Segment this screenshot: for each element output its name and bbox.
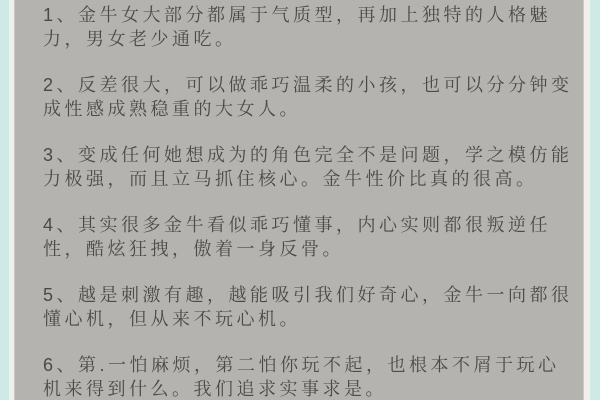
list-item-6: 6、第.一怕麻烦，第二怕你玩不起，也根本不屑于玩心机来得到什么。我们追求实事求是… <box>43 353 577 400</box>
left-mint-border <box>0 0 9 400</box>
right-mint-border <box>590 0 600 400</box>
text-panel: 1、金牛女大部分都属于气质型，再加上独特的人格魅力，男女老少通吃。 2、反差很大… <box>15 0 583 400</box>
list-item-2: 2、反差很大，可以做乖巧温柔的小孩，也可以分分钟变成性感成熟稳重的大女人。 <box>43 73 577 121</box>
list-item-5: 5、越是刺激有趣，越能吸引我们好奇心，金牛一向都很懂心机，但从来不玩心机。 <box>43 283 577 331</box>
list-item-1: 1、金牛女大部分都属于气质型，再加上独特的人格魅力，男女老少通吃。 <box>43 3 577 51</box>
text-card: 1、金牛女大部分都属于气质型，再加上独特的人格魅力，男女老少通吃。 2、反差很大… <box>0 0 600 400</box>
right-inner-border <box>583 0 590 400</box>
list-item-4: 4、其实很多金牛看似乖巧懂事，内心实则都很叛逆任性，酷炫狂拽，傲着一身反骨。 <box>43 213 577 261</box>
list-item-3: 3、变成任何她想成为的角色完全不是问题，学之模仿能力极强，而且立马抓住核心。金牛… <box>43 143 577 191</box>
